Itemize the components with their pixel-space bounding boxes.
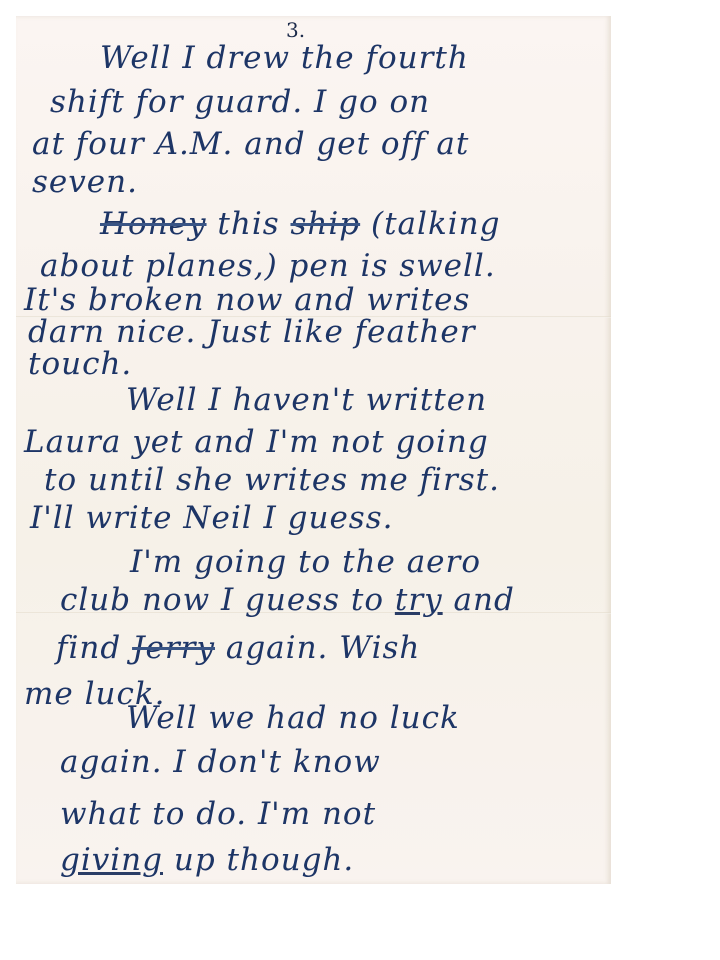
letter-line-20: what to do. I'm not — [60, 796, 376, 832]
letter-line-10: Well I haven't written — [126, 382, 487, 418]
struck-word: Jerry — [132, 630, 215, 666]
letter-line-15: club now I guess to try and — [60, 582, 515, 618]
struck-word: Honey — [100, 206, 207, 242]
page-number: 3. — [286, 18, 305, 42]
letter-line-13: I'll write Neil I guess. — [30, 500, 393, 536]
letter-line-14: I'm going to the aero — [130, 544, 481, 580]
struck-word: ship — [291, 206, 361, 242]
letter-line-19: again. I don't know — [60, 744, 381, 780]
letter-line-9: touch. — [28, 346, 132, 382]
letter-line-12: to until she writes me first. — [44, 462, 500, 498]
letter-line-3: at four A.M. and get off at — [32, 126, 469, 162]
letter-page: 3. Well I drew the fourth shift for guar… — [16, 16, 611, 884]
letter-line-7: It's broken now and writes — [24, 282, 470, 318]
letter-line-1: Well I drew the fourth — [100, 40, 469, 76]
letter-line-18: Well we had no luck — [126, 700, 460, 736]
letter-line-6: about planes,) pen is swell. — [40, 248, 496, 284]
letter-line-4: seven. — [32, 164, 138, 200]
letter-line-2: shift for guard. I go on — [50, 84, 430, 120]
letter-line-11: Laura yet and I'm not going — [24, 424, 489, 460]
letter-line-8: darn nice. Just like feather — [28, 314, 476, 350]
underlined-word: try — [395, 582, 443, 618]
letter-line-5: Honey this ship (talking — [100, 206, 500, 242]
letter-line-21: giving up though. — [60, 842, 354, 878]
letter-line-16: find Jerry again. Wish — [56, 630, 420, 666]
underlined-word: giving — [60, 842, 163, 878]
